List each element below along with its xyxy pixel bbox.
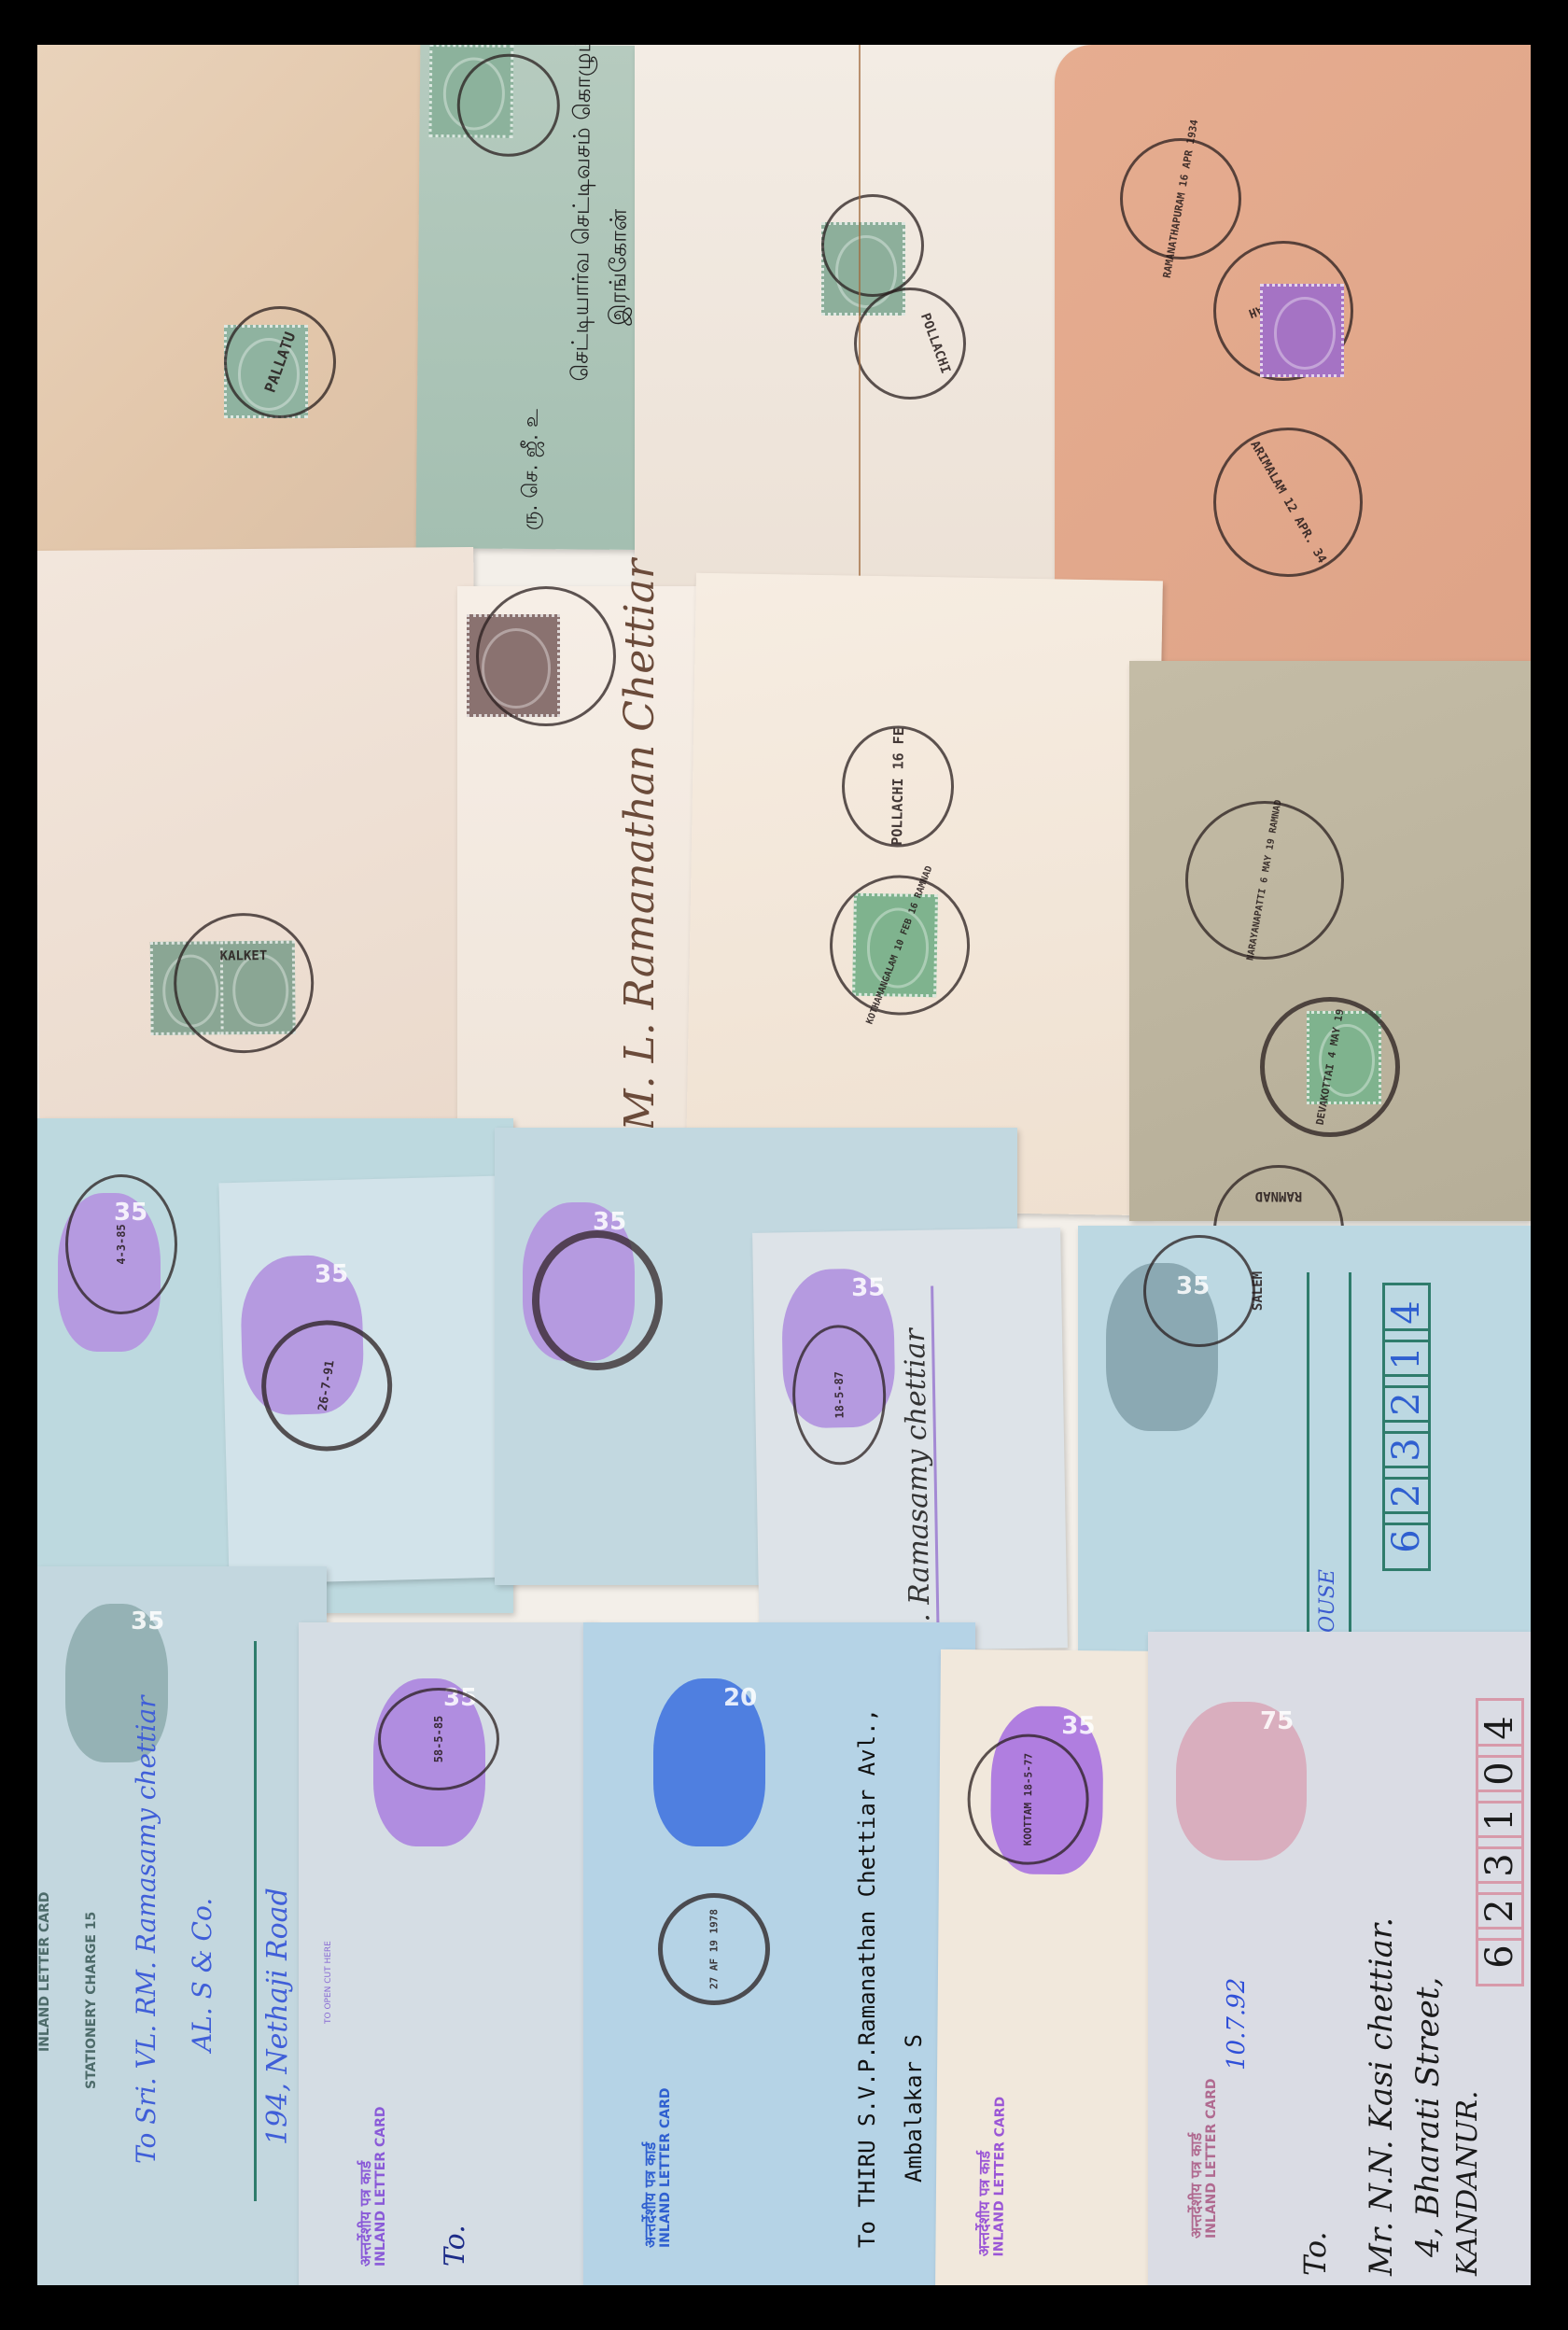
postmark: 26-7-91	[259, 1319, 394, 1453]
hindi-card-label: अन्तर्देशीय पत्र कार्ड	[355, 2161, 375, 2267]
postmark-anikkarau	[456, 53, 560, 157]
postmark-udayar	[821, 194, 924, 297]
postmark-kothamangalam: KOTHAMANGALAM 10 FEB 16 RAMNAD	[829, 874, 972, 1017]
postmark-arimalam: ARIMALAM 12 APR. 34	[1213, 428, 1363, 577]
postmark-pollachi-2: POLLACHI 16 FE	[841, 724, 955, 848]
stamp-one-anna-purple	[1260, 284, 1344, 377]
indian-emblem-imprint-20: 20	[653, 1678, 765, 1846]
address-rule	[254, 1641, 257, 2201]
cut-here-text: TO OPEN CUT HERE	[324, 1941, 333, 2024]
crease	[859, 45, 861, 605]
postmark-kalket: KALKET	[174, 912, 315, 1053]
postmark-nyaurgh	[476, 586, 616, 726]
address-rule	[1349, 1272, 1351, 1664]
postmark: 58-5-85	[378, 1688, 499, 1790]
tamil-address-line: ரு. செ. ஜீ. உ	[519, 409, 546, 530]
cover-8-ramnad: NARAYANAPATTI 6 MAY 19 RAMNAD DEVAKOTTAI…	[1129, 661, 1531, 1221]
card-label: INLAND LETTER CARD	[991, 2097, 1007, 2257]
postmark: 4-3-85	[65, 1174, 177, 1314]
postmark-pallatu: PALLATU	[224, 306, 336, 418]
handwritten-address-line: KANDANUR.	[1451, 2091, 1484, 2277]
postmark-smudged	[532, 1230, 663, 1370]
postmark-1978: 27 AF 19 1978	[658, 1893, 770, 2005]
stationery-charge: STATIONERY CHARGE 15	[84, 1912, 99, 2089]
postmark-narayanapatti: NARAYANAPATTI 6 MAY 19 RAMNAD	[1185, 801, 1344, 960]
handwritten-address-line: 194, Nethaji Road	[261, 1888, 294, 2145]
hindi-card-label: अन्तर्देशीय पत्र कार्ड	[639, 2142, 660, 2248]
card-label: INLAND LETTER CARD	[658, 2087, 673, 2248]
handwritten-address-line: To Sri. VL. RM. Ramasamy chettiar	[131, 1695, 161, 2164]
card-label: INLAND LETTER CARD	[1204, 2078, 1219, 2239]
hindi-card-label: अन्तर्देशीय पत्र कार्ड	[1185, 2133, 1206, 2239]
letter-card-8: 20 27 AF 19 1978 अन्तर्देशीय पत्र कार्ड …	[583, 1622, 975, 2285]
postmark-koottam: KOOTTAM 18-5-77	[967, 1733, 1089, 1865]
handwritten-date-note: 10.7.92	[1223, 1978, 1251, 2070]
tamil-address-line: இரங்கோன்	[605, 209, 635, 326]
letter-card-4: 35 18-5-87 L. Ramasamy chettiar	[752, 1228, 1068, 1653]
handwritten-address-line: AL. S & Co.	[187, 1898, 217, 2052]
letter-card-2: 35 26-7-91	[218, 1175, 537, 1584]
card-label: INLAND LETTER CARD	[37, 1891, 52, 2052]
cover-1: PALLATU	[37, 45, 448, 568]
handwritten-address: L. Ramasamy chettiar	[899, 1328, 937, 1641]
typed-address: To THIRU S.V.P.Ramanathan Chettiar Avl.,	[854, 1708, 880, 2248]
indian-emblem-imprint-75: 75	[1176, 1702, 1307, 1860]
postmark-ramanathapuram: RAMANATHAPURAM 16 APR 1934	[1120, 138, 1241, 260]
pin-code-boxes: 6 2 3 1 0 4	[1470, 1706, 1530, 1981]
address-rule	[1307, 1272, 1309, 1664]
handwritten-address-line: Mr. N.N. Kasi chettiar.	[1363, 1917, 1400, 2276]
letter-card-10: 75 अन्तर्देशीय पत्र कार्ड INLAND LETTER …	[1148, 1632, 1531, 2285]
handwritten-address: S. M. L. Ramanathan Chettiar	[616, 559, 664, 1184]
philatelic-photo: PALLATU செட்டியார்வ செட்டிவசம் கொழும்பு …	[37, 45, 1531, 2285]
pin-code-boxes: 6 2 3 2 1 4	[1377, 1291, 1436, 1565]
postmark-salem: SALEM	[1143, 1235, 1255, 1347]
typed-address-2: Ambalakar S	[901, 2034, 927, 2183]
letter-card-5: 35 SALEM HOUSE 6 2 3 2 1 4	[1078, 1226, 1531, 1664]
handwritten-to: To.	[1297, 2231, 1333, 2276]
postmark-pollachi: POLLACHI	[854, 288, 966, 400]
handwritten-to: To.	[439, 2225, 471, 2267]
tamil-address-line: செட்டியார்வ செட்டிவசம் கொழும்பு	[567, 45, 598, 382]
handwritten-address-line: 4, Bharati Street,	[1409, 1977, 1447, 2257]
cover-7: POLLACHI 16 FE KOTHAMANGALAM 10 FEB 16 R…	[685, 573, 1163, 1216]
cover-2-tamil: செட்டியார்வ செட்டிவசம் கொழும்பு இரங்கோன்…	[416, 45, 645, 550]
cover-5: KALKET	[37, 547, 479, 1167]
letter-card-6: 35 INLAND LETTER CARD STATIONERY CHARGE …	[37, 1566, 327, 2285]
card-label: INLAND LETTER CARD	[373, 2106, 388, 2267]
postmark-devakottai: DEVAKOTTAI 4 MAY 19	[1260, 997, 1400, 1137]
letter-card-7: 35 58-5-85 TO OPEN CUT HERE अन्तर्देशीय …	[299, 1622, 597, 2285]
